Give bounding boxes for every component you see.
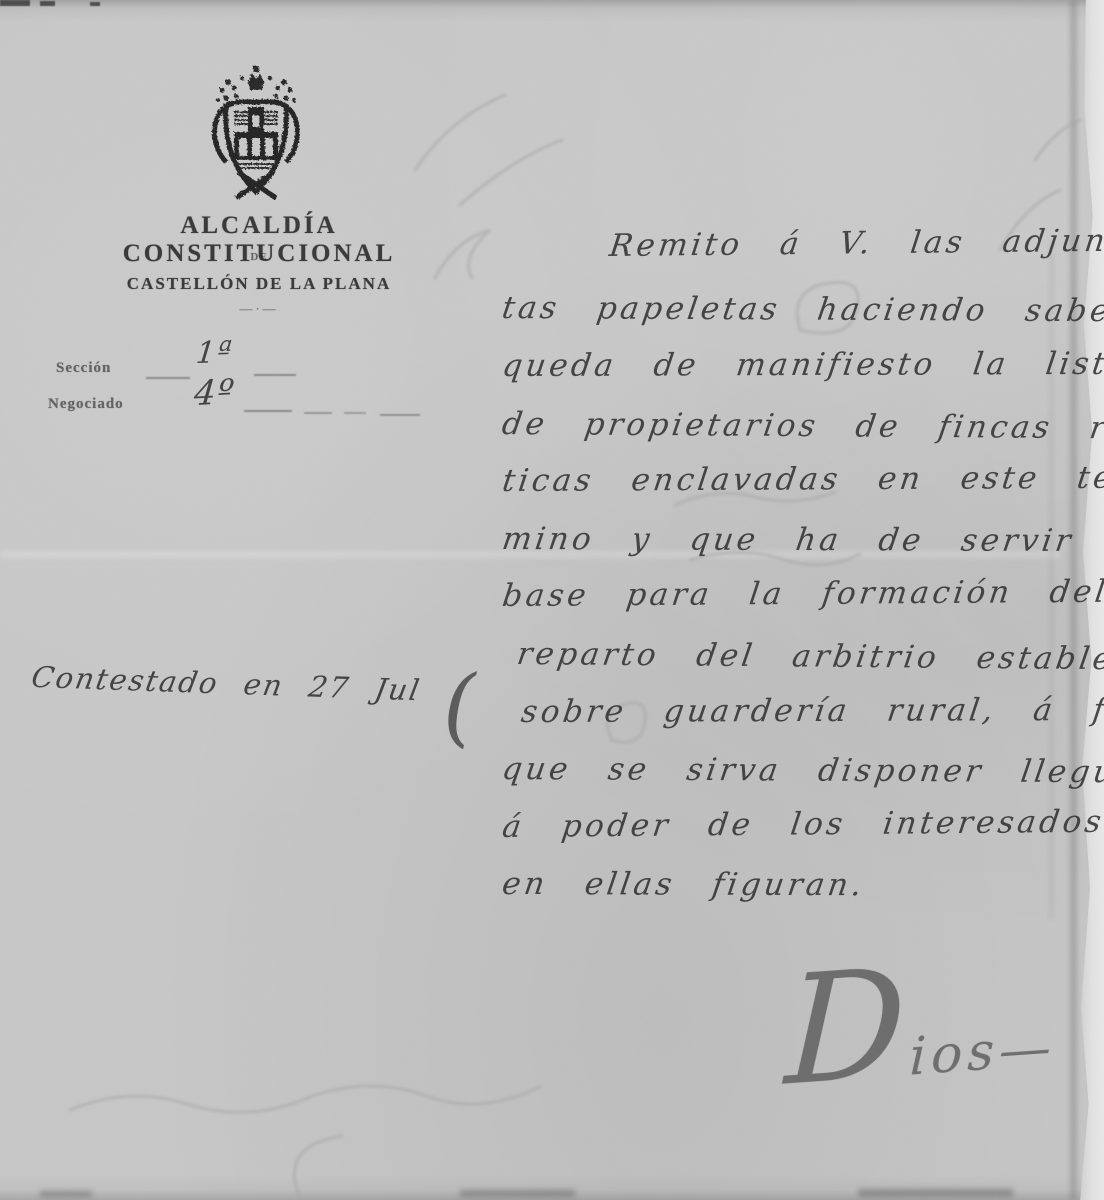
scan-smudge bbox=[460, 1190, 575, 1197]
body-line: mino y que ha de servir de bbox=[500, 521, 1104, 559]
seccion-rule bbox=[146, 377, 190, 379]
margin-note-text: Contestado en 27 Jul bbox=[29, 660, 424, 707]
body-line: que se sirva disponer lleguen bbox=[500, 751, 1104, 790]
scan-smudge bbox=[40, 1191, 92, 1197]
scan-smudge bbox=[858, 1189, 1013, 1197]
seccion-label: Sección bbox=[56, 360, 111, 377]
body-line: de propietarios de fincas rús- bbox=[500, 406, 1104, 447]
negociado-rule bbox=[244, 410, 292, 412]
closing-word: Dios— bbox=[784, 950, 1104, 1097]
coat-of-arms-icon bbox=[196, 60, 316, 205]
body-line: sobre guardería rural, á fin de bbox=[519, 692, 1104, 730]
seccion-rule bbox=[254, 374, 296, 376]
body-line: en ellas figuran. bbox=[500, 866, 868, 903]
letterhead-de: DE bbox=[84, 251, 434, 263]
scan-speck bbox=[90, 2, 100, 6]
scan-speck bbox=[0, 0, 30, 6]
letterhead-flourish: —·— bbox=[84, 301, 434, 317]
seccion-value: 1ª bbox=[194, 335, 235, 371]
negociado-label: Negociado bbox=[48, 396, 124, 413]
body-line: tas papeletas haciendo saber bbox=[500, 290, 1104, 329]
letterhead-city: CASTELLÓN DE LA PLANA bbox=[84, 274, 434, 294]
body-line: base para la formación del bbox=[500, 574, 1104, 614]
scanned-letter-page: ALCALDÍA CONSTITUCIONAL DE CASTELLÓN DE … bbox=[0, 0, 1104, 1200]
negociado-rule bbox=[304, 412, 332, 414]
body-line: queda de manifiesto la lista. bbox=[500, 346, 1104, 384]
margin-note-paren: ( bbox=[434, 656, 485, 757]
scan-speck bbox=[40, 1, 55, 6]
body-line: á poder de los interesados que bbox=[500, 803, 1104, 845]
body-line: ticas enclavadas en este tér- bbox=[500, 460, 1104, 499]
margin-note: Contestado en 27 Jul ( bbox=[20, 642, 485, 757]
body-line: Remito á V. las adjun- bbox=[607, 223, 1104, 264]
negociado-rule bbox=[344, 412, 366, 414]
negociado-rule bbox=[380, 414, 420, 416]
body-line: reparto del arbitrio establecido bbox=[515, 636, 1104, 678]
negociado-value: 4º bbox=[192, 372, 237, 414]
